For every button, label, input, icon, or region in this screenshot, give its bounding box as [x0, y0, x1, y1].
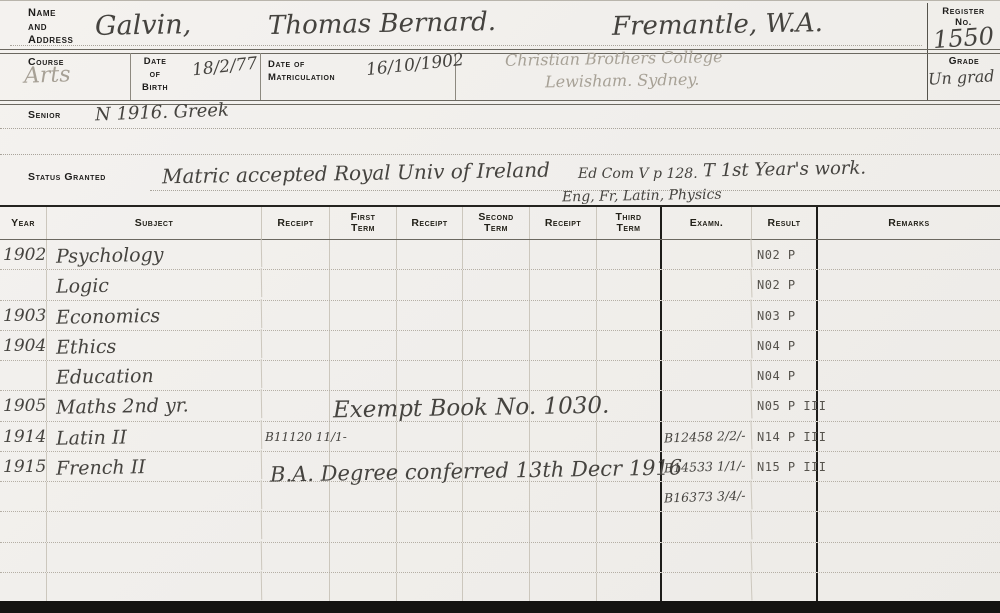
table-cell: [597, 331, 662, 360]
table-row: 1903EconomicsN03 P: [0, 301, 1000, 331]
table-cell: [818, 482, 1000, 511]
table-cell: [752, 482, 818, 511]
table-cell: [752, 512, 818, 541]
column-header: Subject: [47, 207, 262, 239]
table-cell: [0, 361, 47, 390]
table-cell: [330, 361, 397, 390]
table-cell: [530, 422, 597, 451]
table-cell: [262, 361, 330, 390]
date-of-birth-value: 18/2/77: [191, 54, 258, 81]
status-granted-label: Status Granted: [28, 171, 106, 183]
senior-rule-1: [0, 128, 1000, 129]
table-row: [0, 543, 1000, 573]
table-cell: [0, 512, 47, 541]
table-cell: [662, 511, 753, 543]
table-cell: [397, 422, 463, 451]
table-cell: [463, 270, 530, 299]
table-cell: [47, 541, 262, 574]
status-tail-value: T 1st Year's work.: [703, 158, 866, 182]
table-cell: [262, 240, 330, 269]
table-cell: [397, 573, 463, 602]
status-main-value: Matric accepted Royal Univ of Ireland: [162, 158, 550, 189]
table-cell: [397, 240, 463, 269]
table-cell: 1915: [0, 452, 47, 481]
table-cell: [597, 512, 662, 541]
table-cell: [818, 361, 1000, 390]
table-cell: [397, 482, 463, 511]
date-of-birth-label: Date of Birth: [142, 55, 168, 94]
table-cell: [530, 331, 597, 360]
table-cell: [330, 482, 397, 511]
table-cell: [330, 240, 397, 269]
table-cell: [463, 573, 530, 602]
table-cell: 1904: [0, 331, 47, 360]
table-cell: [397, 512, 463, 541]
table-cell: [47, 510, 262, 543]
table-cell: [530, 543, 597, 572]
card-top-edge: [0, 0, 1000, 1]
table-cell: [397, 301, 463, 330]
table-cell: [397, 361, 463, 390]
school-note-line1: Christian Brothers College: [505, 47, 723, 70]
table-cell: [530, 270, 597, 299]
table-cell: [662, 359, 753, 391]
table-cell: Ethics: [47, 329, 262, 362]
table-cell: [662, 541, 753, 573]
table-row: EducationN04 P: [0, 361, 1000, 391]
table-cell: Latin II: [47, 420, 262, 453]
table-cell: [463, 512, 530, 541]
senior-rule-2: [0, 154, 1000, 155]
table-cell: B12458 2/2/-: [662, 420, 753, 452]
table-cell: [262, 331, 330, 360]
senior-label: Senior: [28, 109, 61, 121]
table-cell: [530, 301, 597, 330]
table-cell: [463, 240, 530, 269]
table-cell: [662, 238, 753, 270]
table-cell: [662, 329, 753, 361]
table-cell: [463, 482, 530, 511]
table-cell: [662, 390, 753, 422]
table-cell: [662, 571, 753, 603]
table-cell: [818, 573, 1000, 602]
table-cell: [463, 361, 530, 390]
table-cell: [818, 543, 1000, 572]
table-cell: [262, 301, 330, 330]
table-cell: [818, 452, 1000, 481]
table-cell: [597, 270, 662, 299]
table-cell: 1914: [0, 422, 47, 451]
column-header: Receipt: [262, 207, 330, 239]
table-cell: Psychology: [47, 238, 262, 271]
card-bottom-edge: [0, 601, 1000, 613]
table-cell: [330, 301, 397, 330]
table-cell: [0, 543, 47, 572]
column-header: Result: [752, 207, 818, 239]
table-cell: 1905: [0, 391, 47, 420]
table-cell: [597, 301, 662, 330]
course-value: Arts: [24, 62, 71, 89]
table-cell: [530, 512, 597, 541]
table-cell: N15 P III: [752, 452, 818, 481]
table-cell: [818, 512, 1000, 541]
table-cell: [818, 391, 1000, 420]
table-cell: [530, 240, 597, 269]
table-cell: [330, 573, 397, 602]
column-header: Third Term: [597, 207, 662, 239]
table-row: B16373 3/4/-: [0, 482, 1000, 512]
results-table-header: YearSubjectReceiptFirst TermReceiptSecon…: [0, 207, 1000, 240]
status-subjects-value: Eng, Fr, Latin, Physics: [562, 187, 722, 206]
column-header: Second Term: [463, 207, 530, 239]
table-cell: [262, 391, 330, 420]
table-cell: [818, 301, 1000, 330]
table-cell: N04 P: [752, 331, 818, 360]
column-header: Examn.: [662, 207, 752, 239]
table-cell: [463, 422, 530, 451]
table-cell: [330, 422, 397, 451]
table-cell: [597, 573, 662, 602]
table-cell: [597, 482, 662, 511]
date-of-matriculation-label: Date of Matriculation: [268, 58, 335, 84]
table-cell: [262, 512, 330, 541]
table-cell: [752, 543, 818, 572]
table-row: [0, 512, 1000, 542]
status-ref-value: Ed Com V p 128.: [578, 166, 698, 182]
table-cell: [597, 361, 662, 390]
column-header: Receipt: [397, 207, 463, 239]
course-dob-divider: [130, 53, 131, 100]
table-cell: [47, 480, 262, 513]
column-header: First Term: [330, 207, 397, 239]
table-cell: [818, 270, 1000, 299]
table-cell: 1903: [0, 301, 47, 330]
table-cell: [463, 301, 530, 330]
table-cell: [597, 543, 662, 572]
table-cell: [397, 331, 463, 360]
table-cell: [330, 543, 397, 572]
table-cell: [597, 422, 662, 451]
table-cell: [397, 543, 463, 572]
date-of-matriculation-value: 16/10/1902: [365, 50, 465, 80]
grade-value: Un grad: [928, 66, 995, 88]
column-header: Receipt: [530, 207, 597, 239]
table-cell: Maths 2nd yr.: [47, 389, 262, 422]
table-cell: [47, 571, 262, 604]
exempt-note: Exempt Book No. 1030.: [333, 393, 610, 424]
table-cell: [752, 573, 818, 602]
table-cell: [818, 331, 1000, 360]
column-header: Remarks: [818, 207, 1000, 239]
table-cell: [818, 422, 1000, 451]
name-rule: [10, 45, 922, 46]
table-cell: French II: [47, 450, 262, 483]
table-row: 1914Latin IIB11120 11/1-B12458 2/2/-N14 …: [0, 422, 1000, 452]
table-cell: [397, 270, 463, 299]
table-cell: Education: [47, 359, 262, 392]
table-cell: [330, 270, 397, 299]
table-cell: Economics: [47, 299, 262, 332]
table-row: LogicN02 P: [0, 270, 1000, 300]
table-cell: [597, 240, 662, 269]
table-cell: [262, 270, 330, 299]
divider-name-course: [0, 49, 1000, 54]
table-cell: Logic: [47, 268, 262, 301]
table-cell: N14 P III: [752, 422, 818, 451]
table-cell: N04 P: [752, 361, 818, 390]
table-cell: [0, 482, 47, 511]
table-cell: [818, 240, 1000, 269]
grade-label: Grade: [931, 56, 997, 67]
table-row: 1902PsychologyN02 P: [0, 240, 1000, 270]
school-note-line2: Lewisham. Sydney.: [545, 70, 700, 92]
table-cell: N05 P III: [752, 391, 818, 420]
given-names-value: Thomas Bernard.: [268, 7, 497, 41]
table-cell: [662, 299, 753, 331]
table-cell: [530, 361, 597, 390]
dob-matric-divider: [260, 53, 261, 100]
results-table-body: 1902PsychologyN02 PLogicN02 P1903Economi…: [0, 240, 1000, 603]
table-cell: [330, 331, 397, 360]
table-cell: [0, 270, 47, 299]
column-header: Year: [0, 207, 47, 239]
table-cell: [262, 543, 330, 572]
table-cell: [330, 512, 397, 541]
table-row: 1904EthicsN04 P: [0, 331, 1000, 361]
table-cell: 1902: [0, 240, 47, 269]
name-address-label: Name and Address: [28, 7, 73, 48]
student-record-card: Name and Address Galvin, Thomas Bernard.…: [0, 0, 1000, 613]
senior-value: N 1916. Greek: [95, 100, 230, 126]
table-cell: N02 P: [752, 270, 818, 299]
table-cell: [530, 573, 597, 602]
surname-value: Galvin,: [95, 9, 192, 42]
table-cell: B16373 3/4/-: [662, 480, 753, 512]
address-value: Fremantle, W.A.: [612, 8, 823, 42]
table-cell: N02 P: [752, 240, 818, 269]
table-row: [0, 573, 1000, 603]
table-cell: B11120 11/1-: [262, 422, 330, 451]
table-cell: [530, 482, 597, 511]
table-cell: [662, 269, 753, 301]
table-cell: [463, 543, 530, 572]
table-cell: [0, 573, 47, 602]
table-cell: N03 P: [752, 301, 818, 330]
table-cell: [262, 573, 330, 602]
table-cell: [463, 331, 530, 360]
